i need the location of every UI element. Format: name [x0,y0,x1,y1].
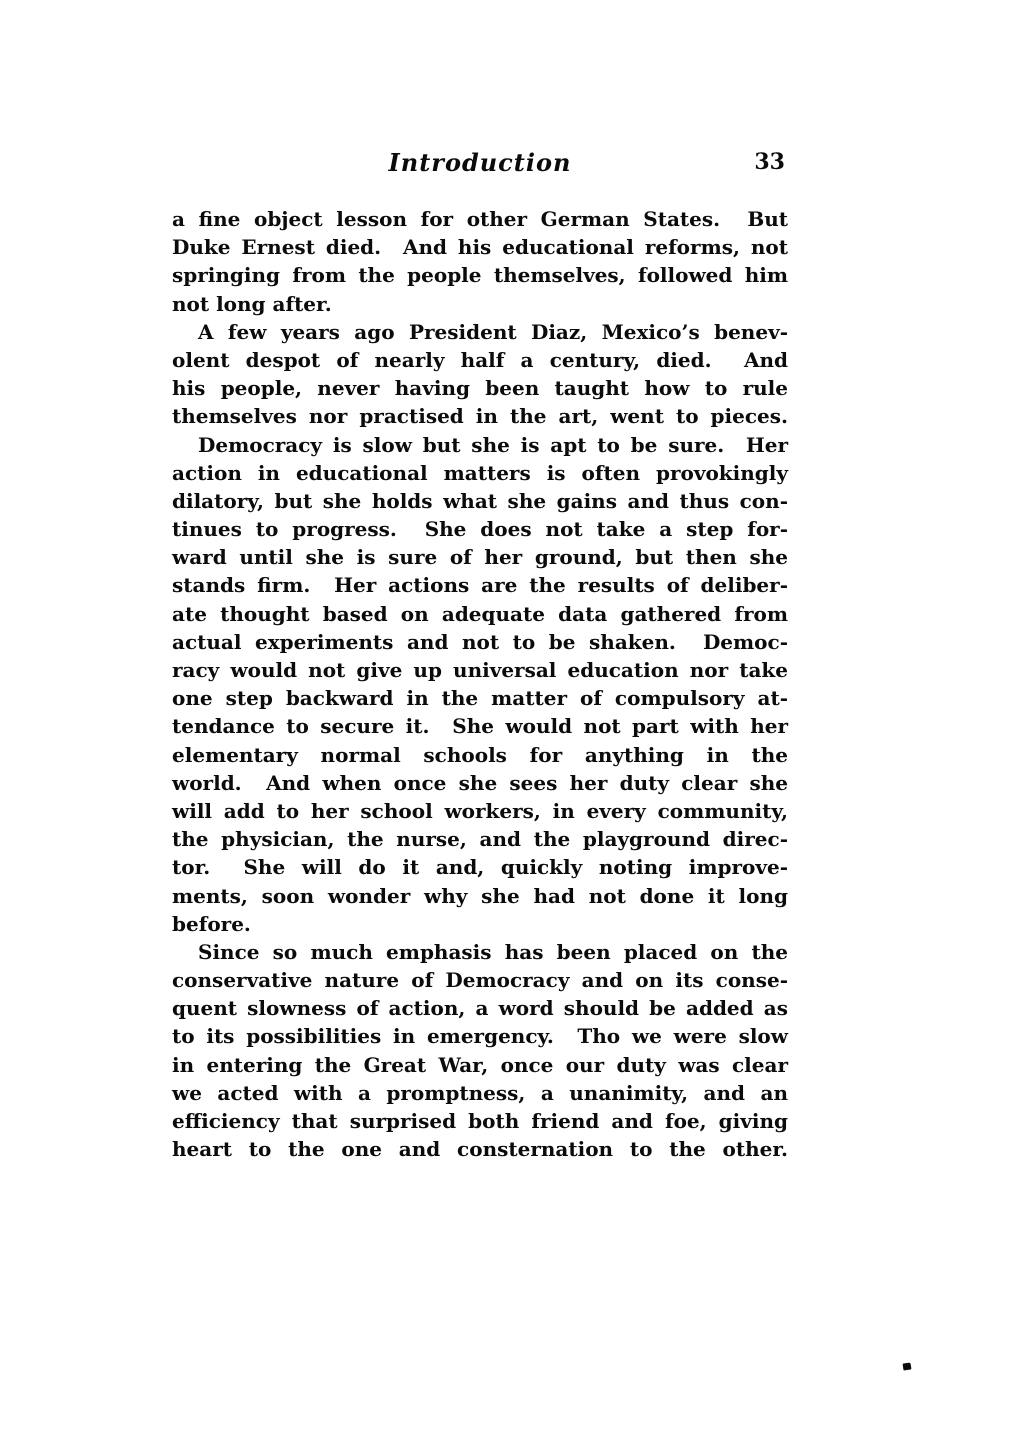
text-line: efficiency that surprised both friend an… [172,1107,788,1135]
text-line: to its possibilities in emergency. Tho w… [172,1022,788,1050]
text-line: actual experiments and not to be shaken.… [172,628,788,656]
running-title: Introduction [389,148,572,177]
text-line: stands firm. Her actions are the results… [172,571,788,599]
text-line: world. And when once she sees her duty c… [172,769,788,797]
text-line: tor. She will do it and, quickly noting … [172,853,788,881]
text-line: ward until she is sure of her ground, bu… [172,543,788,571]
body-text: a fine object lesson for other German St… [172,205,788,1163]
text-line: springing from the people themselves, fo… [172,261,788,289]
text-line: the physician, the nurse, and the playgr… [172,825,788,853]
paragraph: Democracy is slow but she is apt to be s… [172,431,788,938]
text-line: tendance to secure it. She would not par… [172,712,788,740]
book-page: Introduction 33 a fine object lesson for… [0,0,1010,1454]
text-line: olent despot of nearly half a century, d… [172,346,788,374]
text-line: dilatory, but she holds what she gains a… [172,487,788,515]
text-line: Duke Ernest died. And his educational re… [172,233,788,261]
text-line: will add to her school workers, in every… [172,797,788,825]
text-line: themselves nor practised in the art, wen… [172,402,788,430]
text-line: elementary normal schools for anything i… [172,741,788,769]
text-line: conservative nature of Democracy and on … [172,966,788,994]
text-line: one step backward in the matter of compu… [172,684,788,712]
text-line: action in educational matters is often p… [172,459,788,487]
paragraph: A few years ago President Diaz, Mexico’s… [172,318,788,431]
text-line: not long after. [172,290,788,318]
text-line: ments, soon wonder why she had not done … [172,882,788,910]
text-line: in entering the Great War, once our duty… [172,1051,788,1079]
text-line: Since so much emphasis has been placed o… [172,938,788,966]
text-line: a fine object lesson for other German St… [172,205,788,233]
paragraph: a fine object lesson for other German St… [172,205,788,318]
text-line: A few years ago President Diaz, Mexico’s… [172,318,788,346]
paragraph: Since so much emphasis has been placed o… [172,938,788,1164]
ink-speck-artifact [903,1362,912,1370]
page-header: Introduction 33 [172,148,788,182]
text-line: before. [172,910,788,938]
text-line: heart to the one and consternation to th… [172,1135,788,1163]
page-number: 33 [754,149,785,175]
text-line: his people, never having been taught how… [172,374,788,402]
text-line: ate thought based on adequate data gathe… [172,600,788,628]
text-line: racy would not give up universal educati… [172,656,788,684]
text-line: quent slowness of action, a word should … [172,994,788,1022]
text-line: we acted with a promptness, a unanimity,… [172,1079,788,1107]
text-line: Democracy is slow but she is apt to be s… [172,431,788,459]
text-line: tinues to progress. She does not take a … [172,515,788,543]
